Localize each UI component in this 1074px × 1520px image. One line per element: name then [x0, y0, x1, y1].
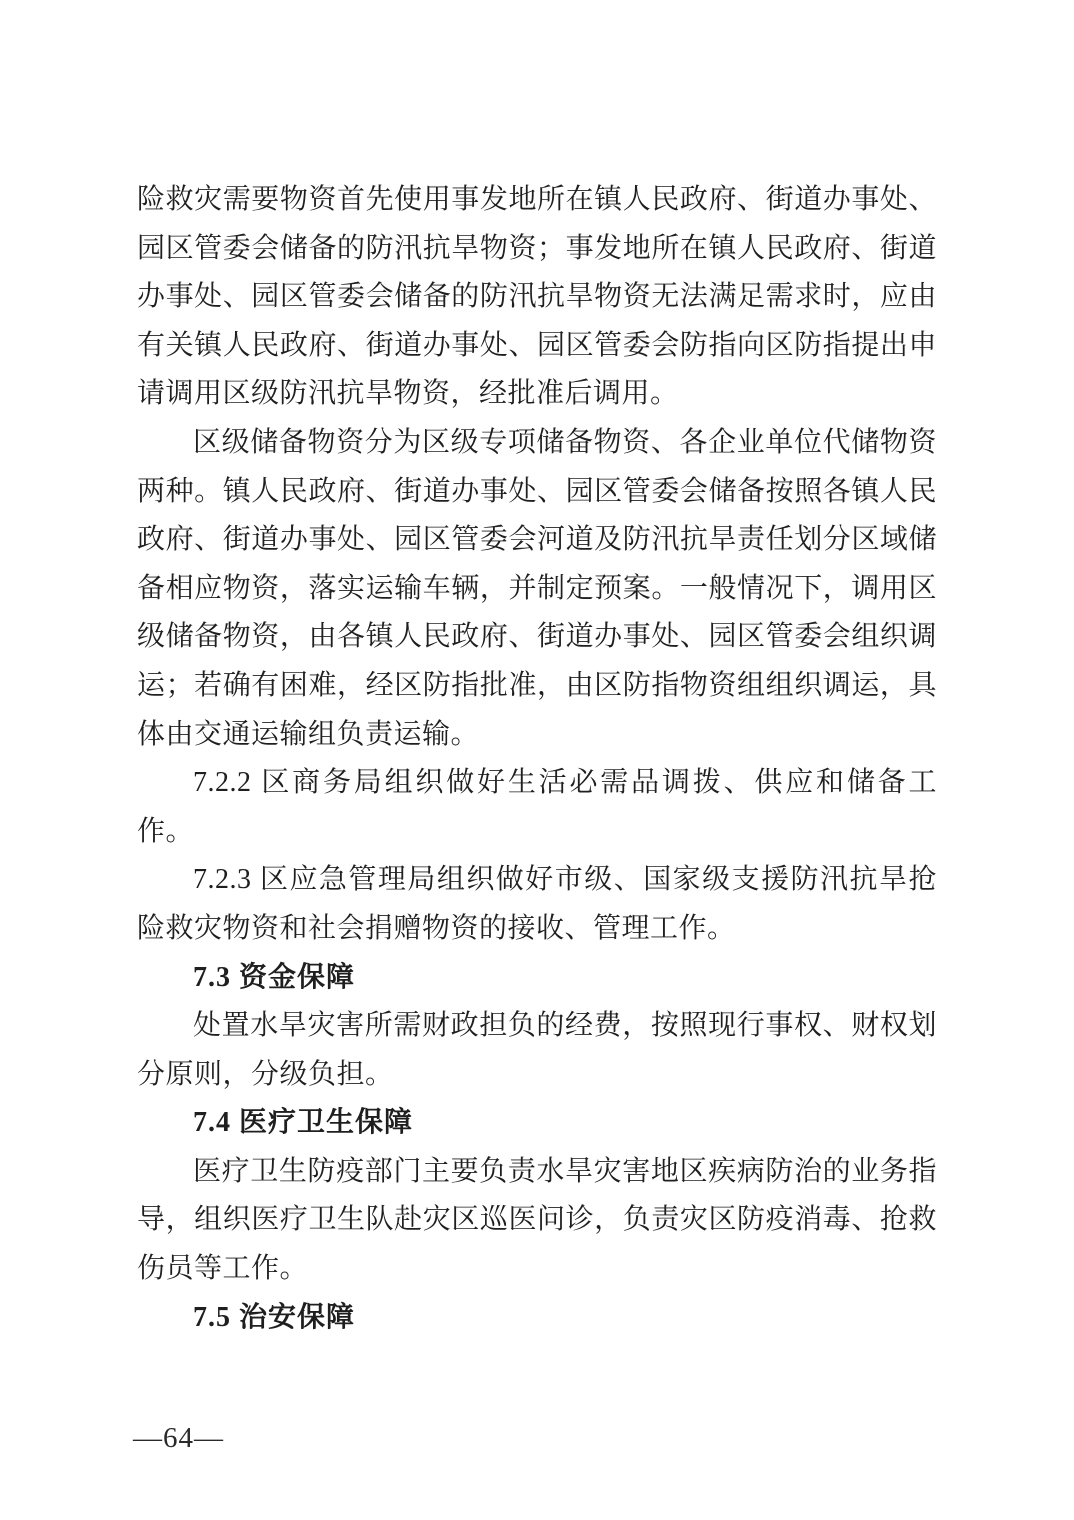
paragraph: 医疗卫生防疫部门主要负责水旱灾害地区疾病防治的业务指导，组织医疗卫生队赴灾区巡医… — [137, 1148, 937, 1294]
paragraph: 7.2.3 区应急管理局组织做好市级、国家级支援防汛抗旱抢险救灾物资和社会捐赠物… — [137, 856, 937, 953]
paragraph: 处置水旱灾害所需财政担负的经费，按照现行事权、财权划分原则，分级负担。 — [137, 1002, 937, 1099]
section-heading: 7.3 资金保障 — [137, 954, 937, 1003]
page-footer: —64— — [133, 1422, 224, 1455]
document-page: 险救灾需要物资首先使用事发地所在镇人民政府、街道办事处、园区管委会储备的防汛抗旱… — [0, 0, 1074, 1520]
paragraph: 区级储备物资分为区级专项储备物资、各企业单位代储物资两种。镇人民政府、街道办事处… — [137, 419, 937, 759]
document-body: 险救灾需要物资首先使用事发地所在镇人民政府、街道办事处、园区管委会储备的防汛抗旱… — [137, 176, 937, 1342]
section-heading: 7.4 医疗卫生保障 — [137, 1099, 937, 1148]
section-heading: 7.5 治安保障 — [137, 1294, 937, 1343]
page-number: —64— — [133, 1422, 224, 1454]
paragraph: 险救灾需要物资首先使用事发地所在镇人民政府、街道办事处、园区管委会储备的防汛抗旱… — [137, 176, 937, 419]
paragraph: 7.2.2 区商务局组织做好生活必需品调拨、供应和储备工作。 — [137, 759, 937, 856]
